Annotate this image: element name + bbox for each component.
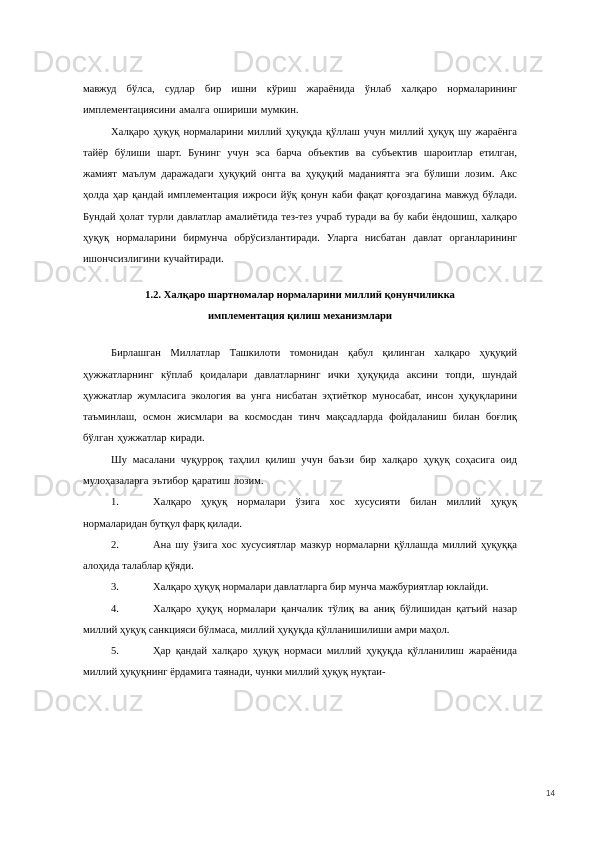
watermark-text: Docx.uz	[232, 42, 344, 82]
paragraph: мавжуд бўлса, судлар бир ишни кўриш жара…	[83, 79, 517, 122]
watermark-text: Docx.uz	[432, 42, 544, 82]
document-page: мавжуд бўлса, судлар бир ишни кўриш жара…	[83, 79, 517, 684]
list-number: 1.	[111, 492, 153, 513]
section-heading: 1.2. Халқаро шартномалар нормаларини мил…	[83, 285, 517, 328]
list-item: 5.Ҳар қандай халқаро ҳуқуқ нормаси милли…	[83, 641, 517, 684]
list-item: 2.Ана шу ўзига хос хусусиятлар мазкур но…	[83, 535, 517, 578]
watermark-row: Docx.uz Docx.uz Docx.uz	[0, 681, 595, 721]
page-number: 14	[546, 789, 555, 798]
numbered-list: 1.Халқаро ҳуқуқ нормалари ўзига хос хусу…	[83, 492, 517, 683]
paragraph: Халқаро ҳуқуқ нормаларини миллий ҳуқуқда…	[83, 122, 517, 271]
list-number: 5.	[111, 641, 153, 662]
paragraph: Шу масалани чуқурроқ таҳлил қилиш учун б…	[83, 450, 517, 493]
list-item: 3.Халқаро ҳуқуқ нормалари давлатларга би…	[83, 578, 517, 597]
list-number: 3.	[111, 578, 153, 597]
watermark-text: Docx.uz	[432, 681, 544, 721]
watermark-row: Docx.uz Docx.uz Docx.uz	[0, 42, 595, 82]
list-number: 2.	[111, 535, 153, 556]
section-heading-line: 1.2. Халқаро шартномалар нормаларини мил…	[83, 285, 517, 306]
list-number: 4.	[111, 599, 153, 620]
watermark-text: Docx.uz	[32, 681, 144, 721]
list-item: 1.Халқаро ҳуқуқ нормалари ўзига хос хусу…	[83, 492, 517, 535]
list-item: 4.Халқаро ҳуқуқ нормалари қанчалик тўлиқ…	[83, 599, 517, 642]
watermark-text: Docx.uz	[32, 42, 144, 82]
watermark-text: Docx.uz	[232, 681, 344, 721]
list-text: Халқаро ҳуқуқ нормалари давлатларга бир …	[153, 582, 489, 593]
paragraph: Бирлашган Миллатлар Ташкилоти томонидан …	[83, 343, 517, 449]
section-heading-line: имплементация қилиш механизмлари	[83, 306, 517, 327]
